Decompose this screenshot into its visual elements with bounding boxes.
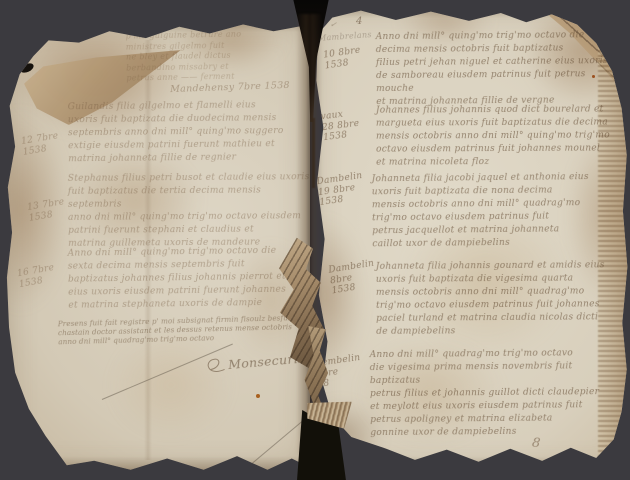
rust-speck (592, 75, 595, 78)
page-number: 4 (356, 16, 363, 27)
entry-text: Johannes filius johannis quod dict boure… (376, 103, 624, 169)
rust-speck (256, 394, 260, 398)
bottom-mark: 8 (531, 436, 541, 452)
left-page: p'mo guiguine betrure ano ministres gilg… (6, 20, 310, 472)
entry-date-margin: 10 8bre 1538 (323, 45, 363, 71)
entry-text: Stephanus filius petri busot et claudie … (68, 171, 311, 251)
entry-text: Anno dni mill° quing'mo trig'mo octavo d… (68, 244, 311, 312)
entry-date-margin: vaux 28 8bre 1538 (320, 108, 361, 144)
signature-flourish (201, 353, 227, 377)
pencil-annotation: Mambrelans (318, 30, 372, 43)
faded-text-block: p'mo guiguine betrure ano ministres gilg… (126, 28, 307, 84)
entry-text: Johanneta filia johannis gounard et amid… (376, 259, 625, 339)
entry-text: Guilandis filia gilgelmo et flamelli eiu… (68, 99, 311, 167)
entry-date-margin: Dambelin 19 8bre 1538 (316, 171, 366, 209)
entry-text: Anno dni mill° quadrag'mo trig'mo octavo… (370, 347, 623, 440)
entry-text: Johanneta filia jacobi jaquel et anthoni… (372, 171, 623, 252)
entry-text: Anno dni mill° quing'mo trig'mo octavo d… (376, 29, 625, 109)
corner-mark: ✓ (329, 19, 337, 29)
manuscript-scan: p'mo guiguine betrure ano ministres gilg… (0, 0, 630, 480)
right-page: ✓ 4 Mambrelans 10 8bre 1538 Anno dni mil… (310, 6, 628, 472)
